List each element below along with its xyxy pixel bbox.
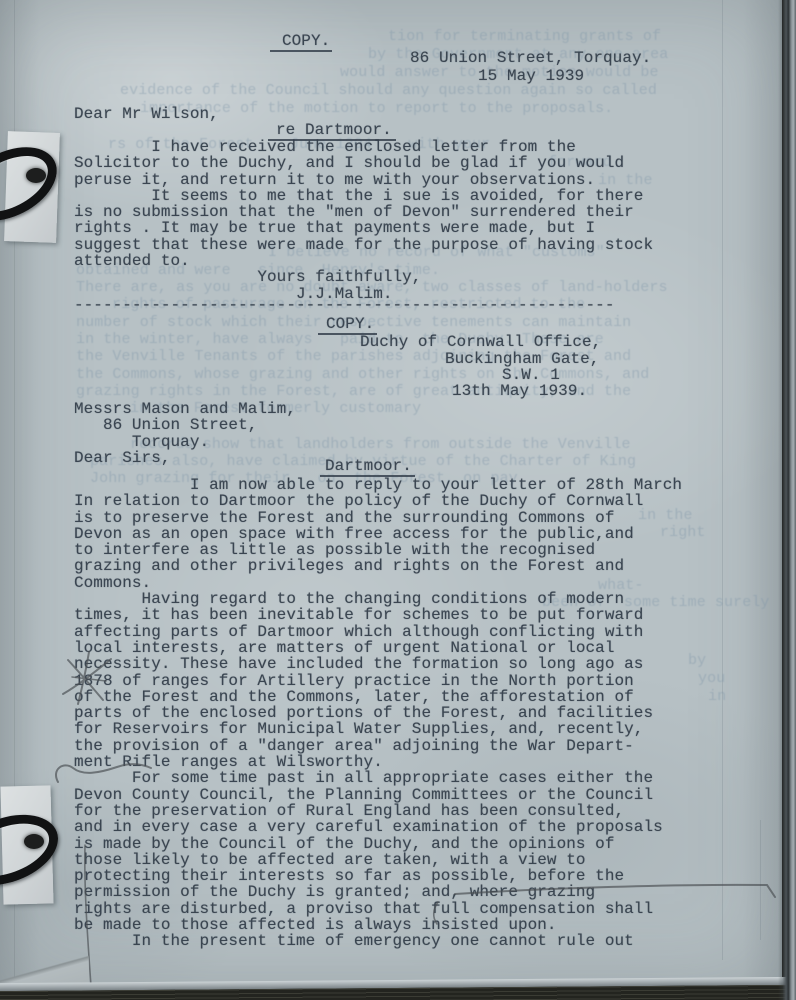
pencil-swoosh-icon	[56, 764, 151, 782]
page-right-edge	[778, 0, 796, 1000]
scanned-letter-photo: tion for terminating grants ofby the Gov…	[0, 0, 796, 1000]
underlying-pages-edge	[0, 960, 796, 1000]
pencil-underline-icon	[455, 885, 775, 897]
pencil-marks	[0, 0, 796, 1000]
